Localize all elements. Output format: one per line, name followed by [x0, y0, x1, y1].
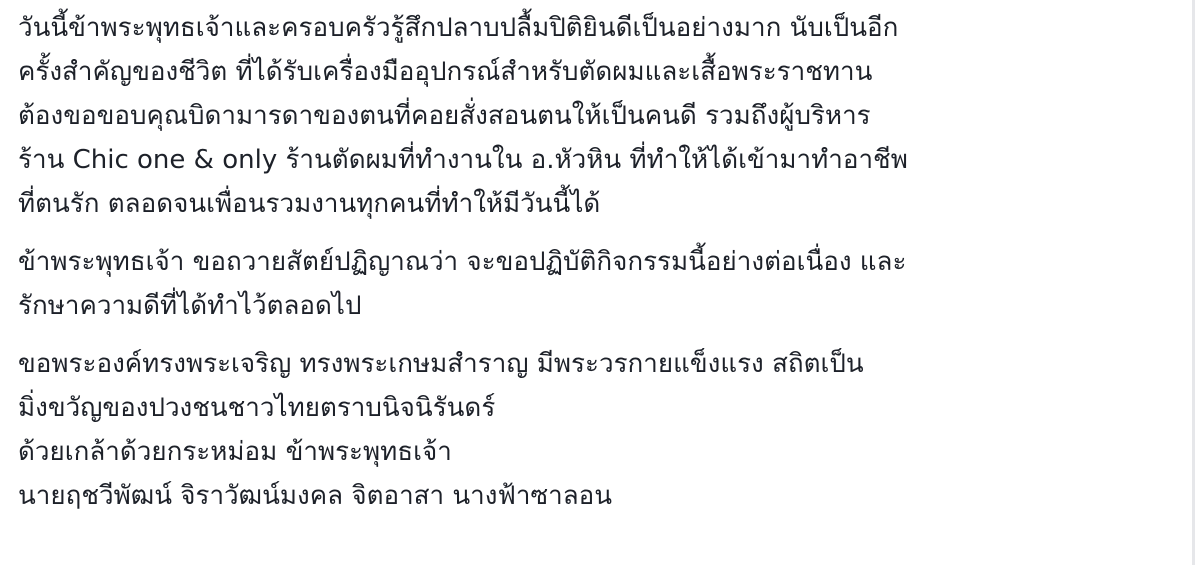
- post-paragraph-3: ขอพระองค์ทรงพระเจริญ ทรงพระเกษมสำราญ มีพ…: [18, 342, 1192, 518]
- post-line: มิ่งขวัญของปวงชนชาวไทยตราบนิจนิรันดร์: [18, 386, 1192, 430]
- post-line: ต้องขอขอบคุณบิดามารดาของตนที่คอยสั่งสอนต…: [18, 94, 1192, 138]
- post-line: ข้าพระพุทธเจ้า ขอถวายสัตย์ปฏิญาณว่า จะขอ…: [18, 240, 1192, 284]
- post-body: วันนี้ข้าพระพุทธเจ้าและครอบครัวรู้สึกปลา…: [0, 0, 1195, 565]
- post-line: นายฤชวีพัฒน์ จิราวัฒน์มงคล จิตอาสา นางฟ้…: [18, 474, 1192, 518]
- post-line: วันนี้ข้าพระพุทธเจ้าและครอบครัวรู้สึกปลา…: [18, 6, 1192, 50]
- post-line: ที่ตนรัก ตลอดจนเพื่อนรวมงานทุกคนที่ทำให้…: [18, 182, 1192, 226]
- post-line: ขอพระองค์ทรงพระเจริญ ทรงพระเกษมสำราญ มีพ…: [18, 342, 1192, 386]
- post-paragraph-1: วันนี้ข้าพระพุทธเจ้าและครอบครัวรู้สึกปลา…: [18, 6, 1192, 226]
- post-line: รักษาความดีที่ได้ทำไว้ตลอดไป: [18, 284, 1192, 328]
- post-line: ร้าน Chic one & only ร้านตัดผมที่ทำงานใน…: [18, 138, 1192, 182]
- post-paragraph-2: ข้าพระพุทธเจ้า ขอถวายสัตย์ปฏิญาณว่า จะขอ…: [18, 240, 1192, 328]
- post-line: ครั้งสำคัญของชีวิต ที่ได้รับเครื่องมืออุ…: [18, 50, 1192, 94]
- post-line: ด้วยเกล้าด้วยกระหม่อม ข้าพระพุทธเจ้า: [18, 430, 1192, 474]
